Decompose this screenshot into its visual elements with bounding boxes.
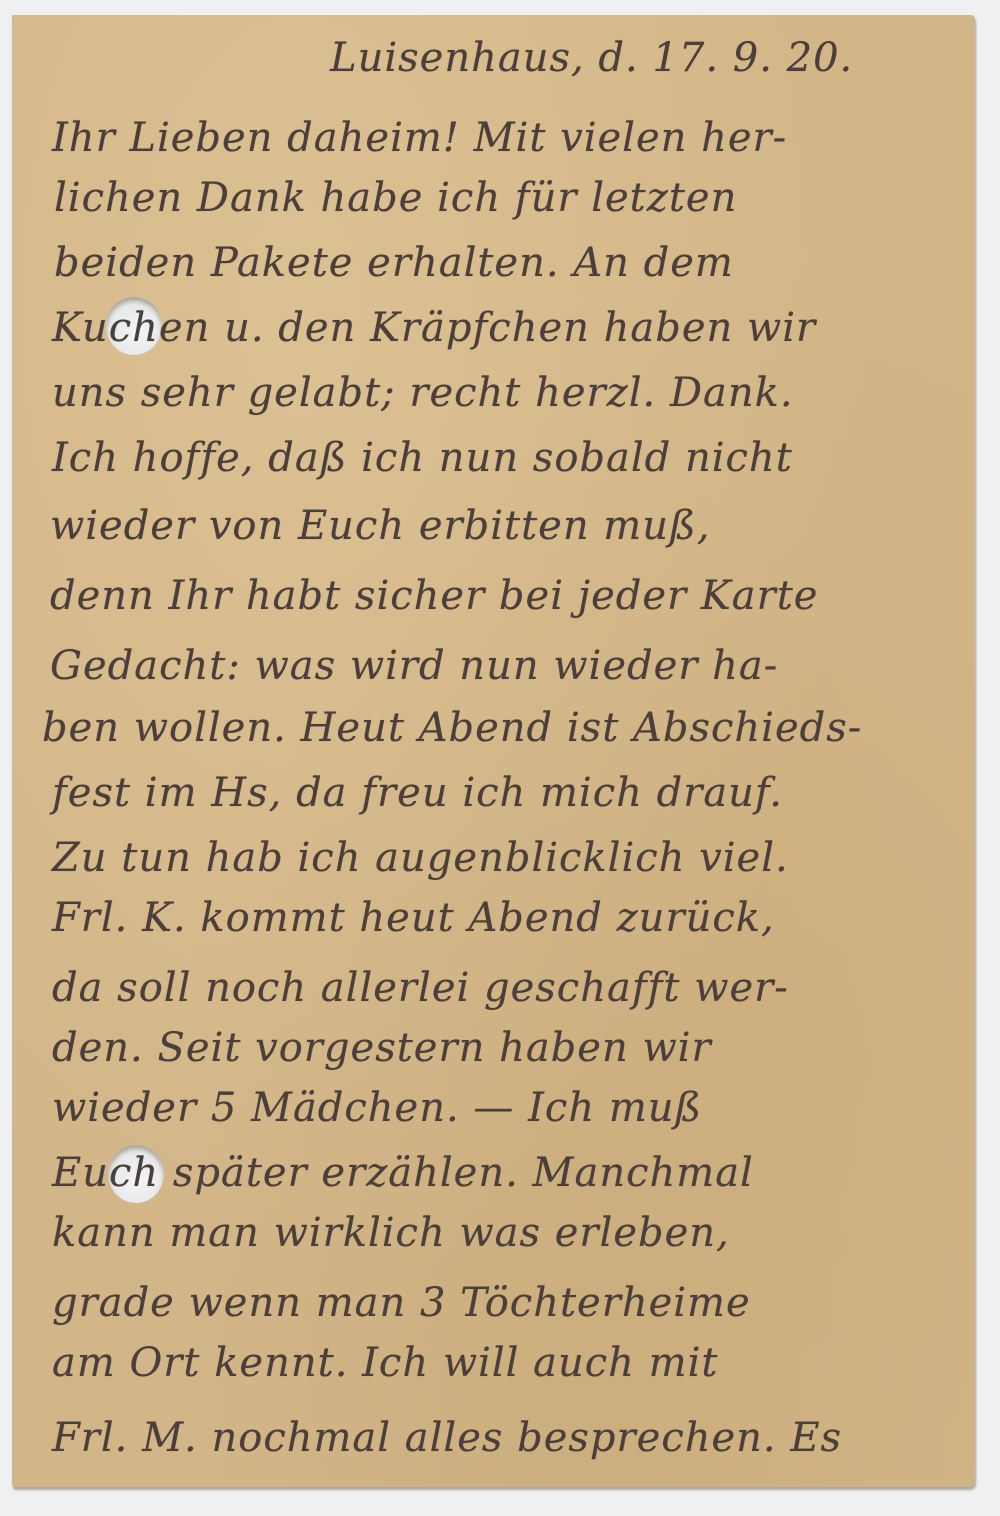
letter-line: fest im Hs, da freu ich mich drauf.: [52, 770, 783, 816]
place-date-line: Luisenhaus, d. 17. 9. 20.: [330, 35, 853, 81]
scanned-page: Luisenhaus, d. 17. 9. 20. Ihr Lieben dah…: [0, 0, 1000, 1516]
letter-line: am Ort kennt. Ich will auch mit: [52, 1340, 718, 1386]
letter-line: da soll noch allerlei geschafft wer-: [52, 965, 789, 1011]
letter-line: Zu tun hab ich augenblicklich viel.: [52, 835, 789, 881]
letter-line: wieder 5 Mädchen. — Ich muß: [52, 1085, 702, 1131]
postcard: Luisenhaus, d. 17. 9. 20. Ihr Lieben dah…: [12, 15, 975, 1487]
letter-line: Ich hoffe, daß ich nun sobald nicht: [52, 435, 793, 481]
letter-line: Frl. K. kommt heut Abend zurück,: [52, 895, 775, 941]
letter-line: denn Ihr habt sicher bei jeder Karte: [50, 573, 818, 619]
letter-line: kann man wirklich was erleben,: [52, 1210, 730, 1256]
letter-line: Frl. M. nochmal alles besprechen. Es: [52, 1415, 842, 1461]
letter-line: ben wollen. Heut Abend ist Abschieds-: [42, 705, 862, 751]
letter-line: beiden Pakete erhalten. An dem: [54, 240, 734, 286]
letter-line: wieder von Euch erbitten muß,: [50, 503, 710, 549]
letter-line: Kuchen u. den Kräpfchen haben wir: [52, 305, 816, 351]
letter-line: den. Seit vorgestern haben wir: [52, 1025, 712, 1071]
letter-line: Euch später erzählen. Manchmal: [52, 1150, 754, 1196]
letter-line: Ihr Lieben daheim! Mit vielen her-: [52, 115, 787, 161]
letter-line: grade wenn man 3 Töchterheime: [52, 1280, 751, 1326]
letter-line: lichen Dank habe ich für letzten: [54, 175, 737, 221]
letter-line: uns sehr gelabt; recht herzl. Dank.: [52, 370, 794, 416]
letter-line: Gedacht: was wird nun wieder ha-: [50, 643, 778, 689]
